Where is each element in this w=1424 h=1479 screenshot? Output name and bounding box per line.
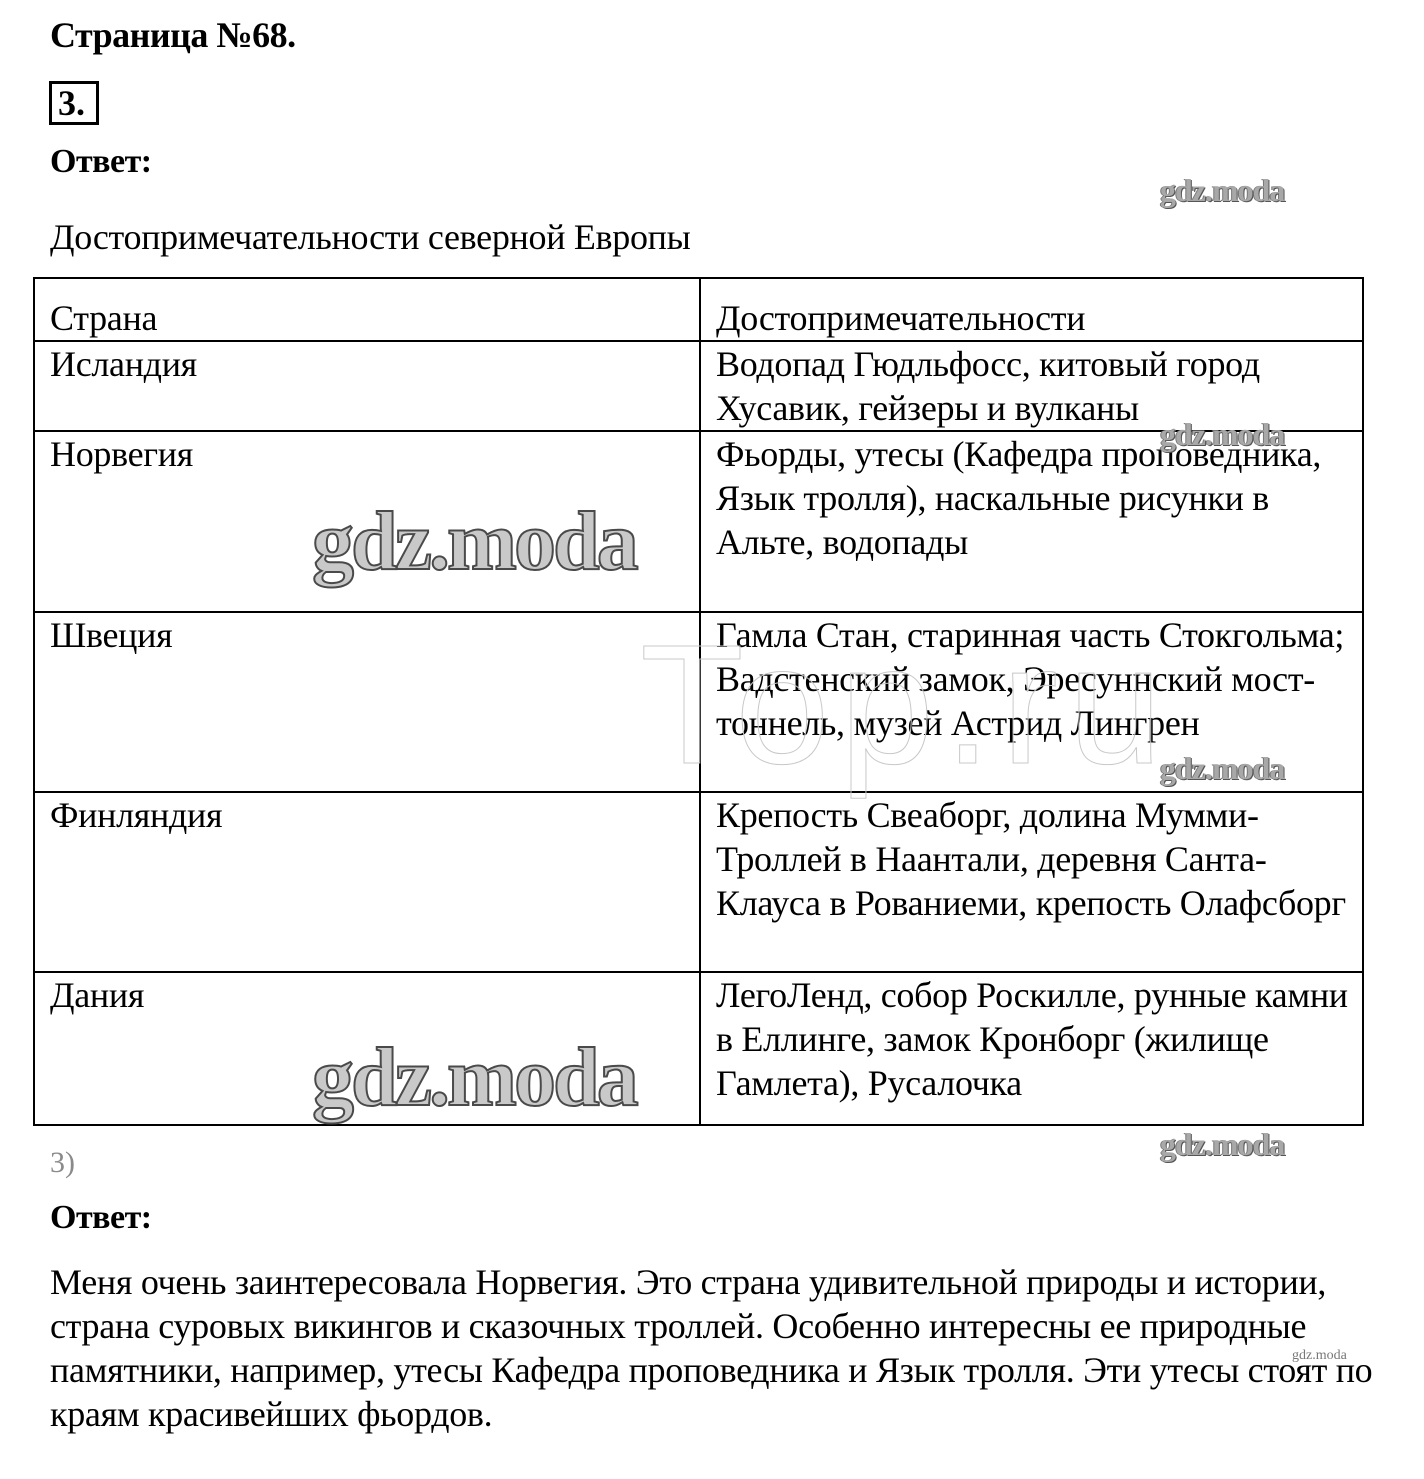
table-row: Финляндия Крепость Свеаборг, долина Мумм… bbox=[34, 792, 1363, 972]
page-title: Страница №68. bbox=[50, 14, 296, 56]
country-cell: Исландия bbox=[34, 341, 700, 431]
watermark-large: gdz.moda bbox=[312, 1036, 636, 1120]
watermark-faint: Top.ru bbox=[640, 620, 1172, 790]
sights-cell: Крепость Свеаборг, долина Мумми-Троллей … bbox=[700, 792, 1363, 972]
watermark: gdz.moda bbox=[1160, 1126, 1284, 1163]
watermark-tiny: gdz.moda bbox=[1292, 1348, 1347, 1364]
sights-cell: ЛегоЛенд, собор Роскилле, рунные камни в… bbox=[700, 972, 1363, 1125]
answer-label: Ответ: bbox=[50, 1199, 152, 1237]
watermark: gdz.moda bbox=[1160, 416, 1284, 453]
subquestion-label: 3) bbox=[50, 1146, 75, 1180]
table-row: Дания ЛегоЛенд, собор Роскилле, рунные к… bbox=[34, 972, 1363, 1125]
watermark: gdz.moda bbox=[1160, 172, 1284, 209]
country-cell: Финляндия bbox=[34, 792, 700, 972]
task-number-box: 3. bbox=[49, 81, 99, 125]
answer-label: Ответ: bbox=[50, 143, 152, 181]
header-sights: Достопримечательности bbox=[700, 278, 1363, 341]
header-country: Страна bbox=[34, 278, 700, 341]
answer-paragraph: Меня очень заинтересовала Норвегия. Это … bbox=[50, 1260, 1390, 1436]
watermark-large: gdz.moda bbox=[312, 500, 636, 584]
country-cell: Швеция bbox=[34, 612, 700, 792]
sights-cell: Фьорды, утесы (Кафедра проповедника, Язы… bbox=[700, 431, 1363, 612]
table-row: Норвегия Фьорды, утесы (Кафедра проповед… bbox=[34, 431, 1363, 612]
watermark: gdz.moda bbox=[1160, 750, 1284, 787]
table-header-row: Страна Достопримечательности bbox=[34, 278, 1363, 341]
table-caption: Достопримечательности северной Европы bbox=[50, 216, 691, 258]
